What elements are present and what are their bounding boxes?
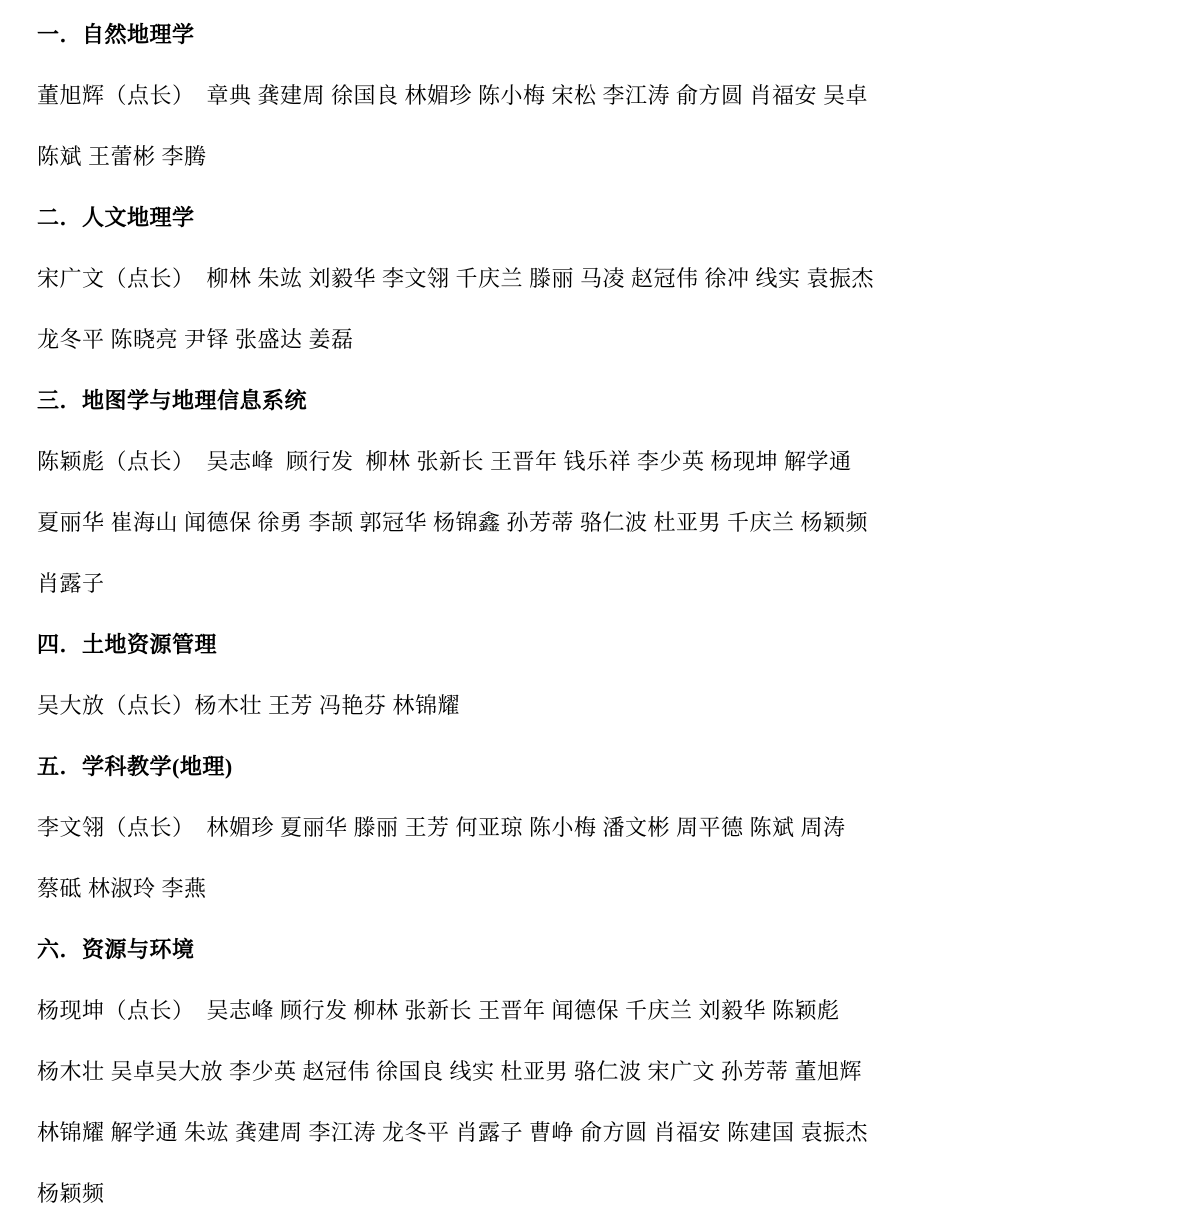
names-line: 董旭辉（点长） 章典 龚建周 徐国良 林媚珍 陈小梅 宋松 李江涛 俞方圆 肖福… xyxy=(37,65,1152,126)
names-line: 夏丽华 崔海山 闻德保 徐勇 李颉 郭冠华 杨锦鑫 孙芳蒂 骆仁波 杜亚男 千庆… xyxy=(37,492,1152,553)
names-line: 肖露子 xyxy=(37,553,1152,614)
section-heading: 三．地图学与地理信息系统 xyxy=(37,370,1152,431)
names-line: 杨木壮 吴卓吴大放 李少英 赵冠伟 徐国良 线实 杜亚男 骆仁波 宋广文 孙芳蒂… xyxy=(37,1041,1152,1102)
document-page: 一．自然地理学董旭辉（点长） 章典 龚建周 徐国良 林媚珍 陈小梅 宋松 李江涛… xyxy=(0,0,1192,1225)
names-line: 李文翎（点长） 林媚珍 夏丽华 滕丽 王芳 何亚琼 陈小梅 潘文彬 周平德 陈斌… xyxy=(37,797,1152,858)
names-line: 陈斌 王蕾彬 李腾 xyxy=(37,126,1152,187)
names-line: 陈颖彪（点长） 吴志峰 顾行发 柳林 张新长 王晋年 钱乐祥 李少英 杨现坤 解… xyxy=(37,431,1152,492)
section-heading: 一．自然地理学 xyxy=(37,4,1152,65)
section-heading: 六．资源与环境 xyxy=(37,919,1152,980)
names-line: 龙冬平 陈晓亮 尹铎 张盛达 姜磊 xyxy=(37,309,1152,370)
document-body: 一．自然地理学董旭辉（点长） 章典 龚建周 徐国良 林媚珍 陈小梅 宋松 李江涛… xyxy=(37,4,1152,1224)
section-heading: 四．土地资源管理 xyxy=(37,614,1152,675)
names-line: 吴大放（点长）杨木壮 王芳 冯艳芬 林锦耀 xyxy=(37,675,1152,736)
names-line: 宋广文（点长） 柳林 朱竑 刘毅华 李文翎 千庆兰 滕丽 马凌 赵冠伟 徐冲 线… xyxy=(37,248,1152,309)
names-line: 蔡砥 林淑玲 李燕 xyxy=(37,858,1152,919)
section-heading: 五．学科教学(地理) xyxy=(37,736,1152,797)
names-line: 林锦耀 解学通 朱竑 龚建周 李江涛 龙冬平 肖露子 曹峥 俞方圆 肖福安 陈建… xyxy=(37,1102,1152,1163)
section-heading: 二．人文地理学 xyxy=(37,187,1152,248)
names-line: 杨颖频 xyxy=(37,1163,1152,1224)
names-line: 杨现坤（点长） 吴志峰 顾行发 柳林 张新长 王晋年 闻德保 千庆兰 刘毅华 陈… xyxy=(37,980,1152,1041)
